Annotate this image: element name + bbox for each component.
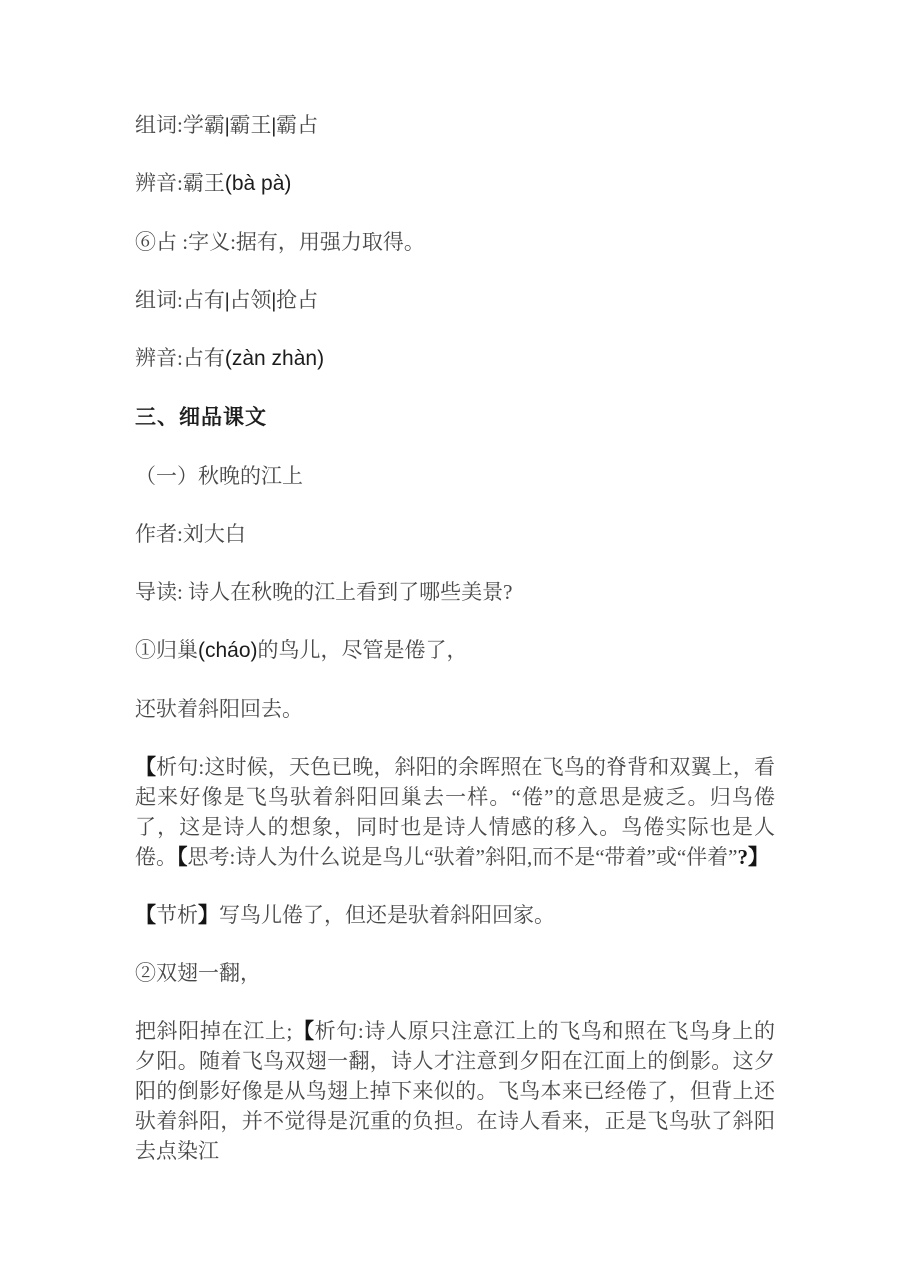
line-verse-1a: ①归巢(cháo)的鸟儿，尽管是倦了， <box>135 635 775 666</box>
line-daodu: 导读: 诗人在秋晚的江上看到了哪些美景? <box>135 577 775 607</box>
word-group-text: 抢占 <box>276 288 318 312</box>
word-group-text: 霸占 <box>276 113 318 137</box>
verse-text: 把斜阳掉在江上; <box>135 1019 292 1043</box>
verse-text: 还驮着斜阳回去。 <box>135 697 303 721</box>
heading-section-three: 三、细品课文 <box>135 402 775 433</box>
verse-text: 的鸟儿，尽管是倦了， <box>258 638 468 662</box>
bracket-mark: 【 <box>135 755 156 779</box>
pinyin-annotation: (cháo) <box>198 639 258 662</box>
bracket-mark: ?】 <box>738 845 770 869</box>
line-verse-2: ②双翅一翻， <box>135 958 775 988</box>
line-author: 作者:刘大白 <box>135 519 775 549</box>
bracket-mark: 】 <box>198 903 219 927</box>
bracket-mark: 【 <box>135 903 156 927</box>
word-group-text: 占领 <box>229 288 271 312</box>
pronunciation-text: 辨音:占有 <box>135 346 225 370</box>
thinking-question-text: 思考:诗人为什么说是鸟儿“驮着”斜阳,而不是“带着”或“伴着” <box>188 845 738 869</box>
line-bianyin-ba: 辨音:霸王(bà pà) <box>135 168 775 199</box>
line-zhan-definition: ⑥占 :字义:据有，用强力取得。 <box>135 227 775 257</box>
document-body: 组词:学霸|霸王|霸占 辨音:霸王(bà pà) ⑥占 :字义:据有，用强力取得… <box>135 110 775 1166</box>
document-page: 组词:学霸|霸王|霸占 辨音:霸王(bà pà) ⑥占 :字义:据有，用强力取得… <box>0 0 905 1280</box>
reading-guide-text: 导读: 诗人在秋晚的江上看到了哪些美景? <box>135 580 512 604</box>
line-bianyin-zhan: 辨音:占有(zàn zhàn) <box>135 343 775 374</box>
pinyin-annotation: (zàn zhàn) <box>225 347 324 370</box>
stanza-analysis-label: 节析 <box>156 903 198 927</box>
word-group-text: 霸王 <box>229 113 271 137</box>
word-group-text: 组词:占有 <box>135 288 225 312</box>
line-jiexi: 【节析】写鸟儿倦了，但还是驮着斜阳回家。 <box>135 900 775 930</box>
stanza-analysis-text: 写鸟儿倦了，但还是驮着斜阳回家。 <box>219 903 555 927</box>
bracket-mark: 【 <box>292 1019 314 1043</box>
word-group-text: 组词:学霸 <box>135 113 225 137</box>
section-heading-text: 三、细品课文 <box>135 406 267 429</box>
line-verse-1b: 还驮着斜阳回去。 <box>135 694 775 724</box>
character-definition-text: ⑥占 :字义:据有，用强力取得。 <box>135 230 425 254</box>
verse-text: ②双翅一翻， <box>135 961 261 985</box>
para-analysis-2: 把斜阳掉在江上;【析句:诗人原只注意江上的飞鸟和照在飞鸟身上的夕阳。随着飞鸟双翅… <box>135 1016 775 1166</box>
verse-text: ①归巢 <box>135 638 198 662</box>
pinyin-annotation: (bà pà) <box>225 172 292 195</box>
subsection-title-text: （一）秋晚的江上 <box>135 464 303 488</box>
bracket-mark: 【 <box>177 845 188 869</box>
line-zuci-zhan: 组词:占有|占领|抢占 <box>135 285 775 315</box>
line-subsection-title: （一）秋晚的江上 <box>135 461 775 491</box>
pronunciation-text: 辨音:霸王 <box>135 171 225 195</box>
line-zuci-ba: 组词:学霸|霸王|霸占 <box>135 110 775 140</box>
author-text: 作者:刘大白 <box>135 522 246 546</box>
para-analysis-1: 【析句:这时候，天色已晚，斜阳的余晖照在飞鸟的脊背和双翼上，看起来好像是飞鸟驮着… <box>135 752 775 872</box>
